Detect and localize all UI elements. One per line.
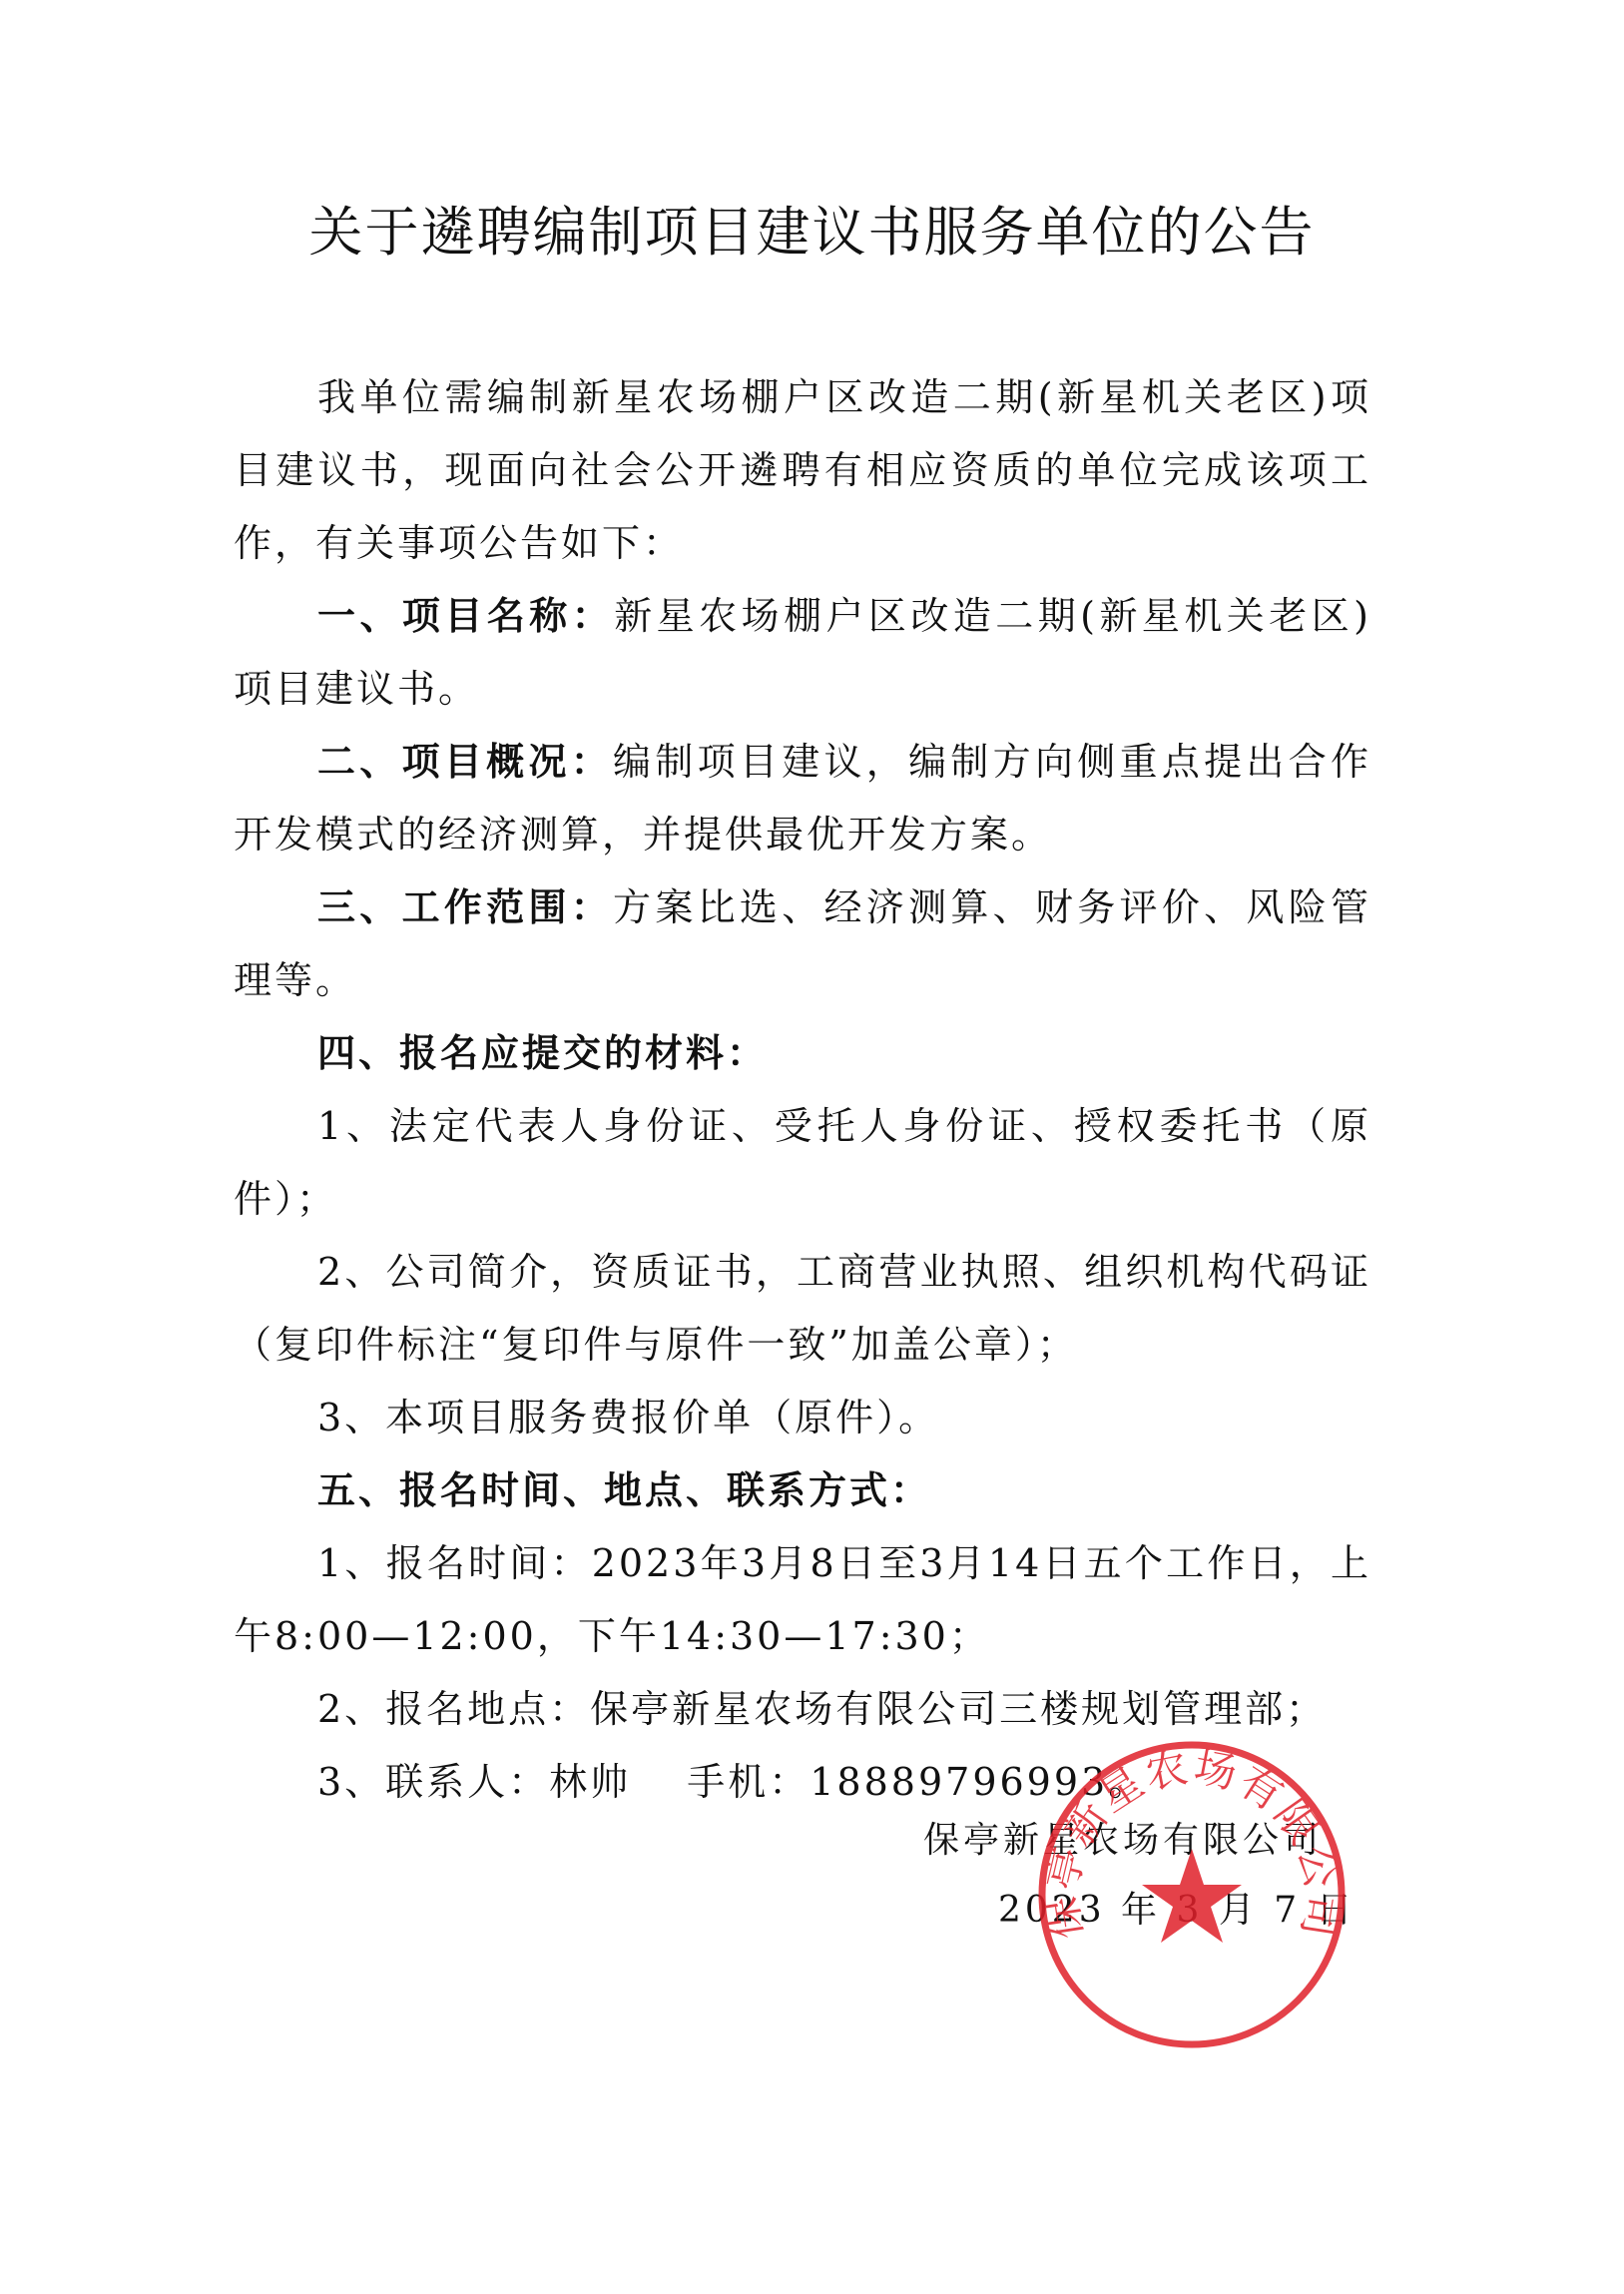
section-2: 二、项目概况：编制项目建议，编制方向侧重点提出合作开发模式的经济测算，并提供最优…: [234, 726, 1371, 871]
section-5-item-1: 1、报名时间：2023年3月8日至3月14日五个工作日，上午8:00—12:00…: [234, 1527, 1371, 1673]
intro-paragraph: 我单位需编制新星农场棚户区改造二期(新星机关老区)项目建议书，现面向社会公开遴聘…: [234, 361, 1371, 580]
section-1: 一、项目名称：新星农场棚户区改造二期(新星机关老区)项目建议书。: [234, 580, 1371, 726]
section-2-heading: 二、项目概况：: [317, 740, 613, 784]
official-seal-icon: 保亭新星农场有限公司: [1034, 1737, 1350, 2052]
section-1-heading: 一、项目名称：: [317, 594, 614, 638]
section-3-heading: 三、工作范围：: [317, 885, 613, 929]
document-title: 关于遴聘编制项目建议书服务单位的公告: [0, 190, 1624, 267]
section-4-item-1: 1、法定代表人身份证、受托人身份证、授权委托书（原件）；: [234, 1090, 1371, 1236]
section-4-heading: 四、报名应提交的材料：: [234, 1017, 1371, 1090]
document-body: 我单位需编制新星农场棚户区改造二期(新星机关老区)项目建议书，现面向社会公开遴聘…: [234, 361, 1371, 1819]
section-3: 三、工作范围：方案比选、经济测算、财务评价、风险管理等。: [234, 871, 1371, 1017]
section-4-item-3: 3、本项目服务费报价单（原件）。: [234, 1382, 1371, 1454]
section-4-item-2: 2、公司简介，资质证书，工商营业执照、组织机构代码证（复印件标注“复印件与原件一…: [234, 1236, 1371, 1382]
section-5-item-2: 2、报名地点：保亭新星农场有限公司三楼规划管理部；: [234, 1673, 1371, 1746]
section-5-heading: 五、报名时间、地点、联系方式：: [234, 1454, 1371, 1527]
